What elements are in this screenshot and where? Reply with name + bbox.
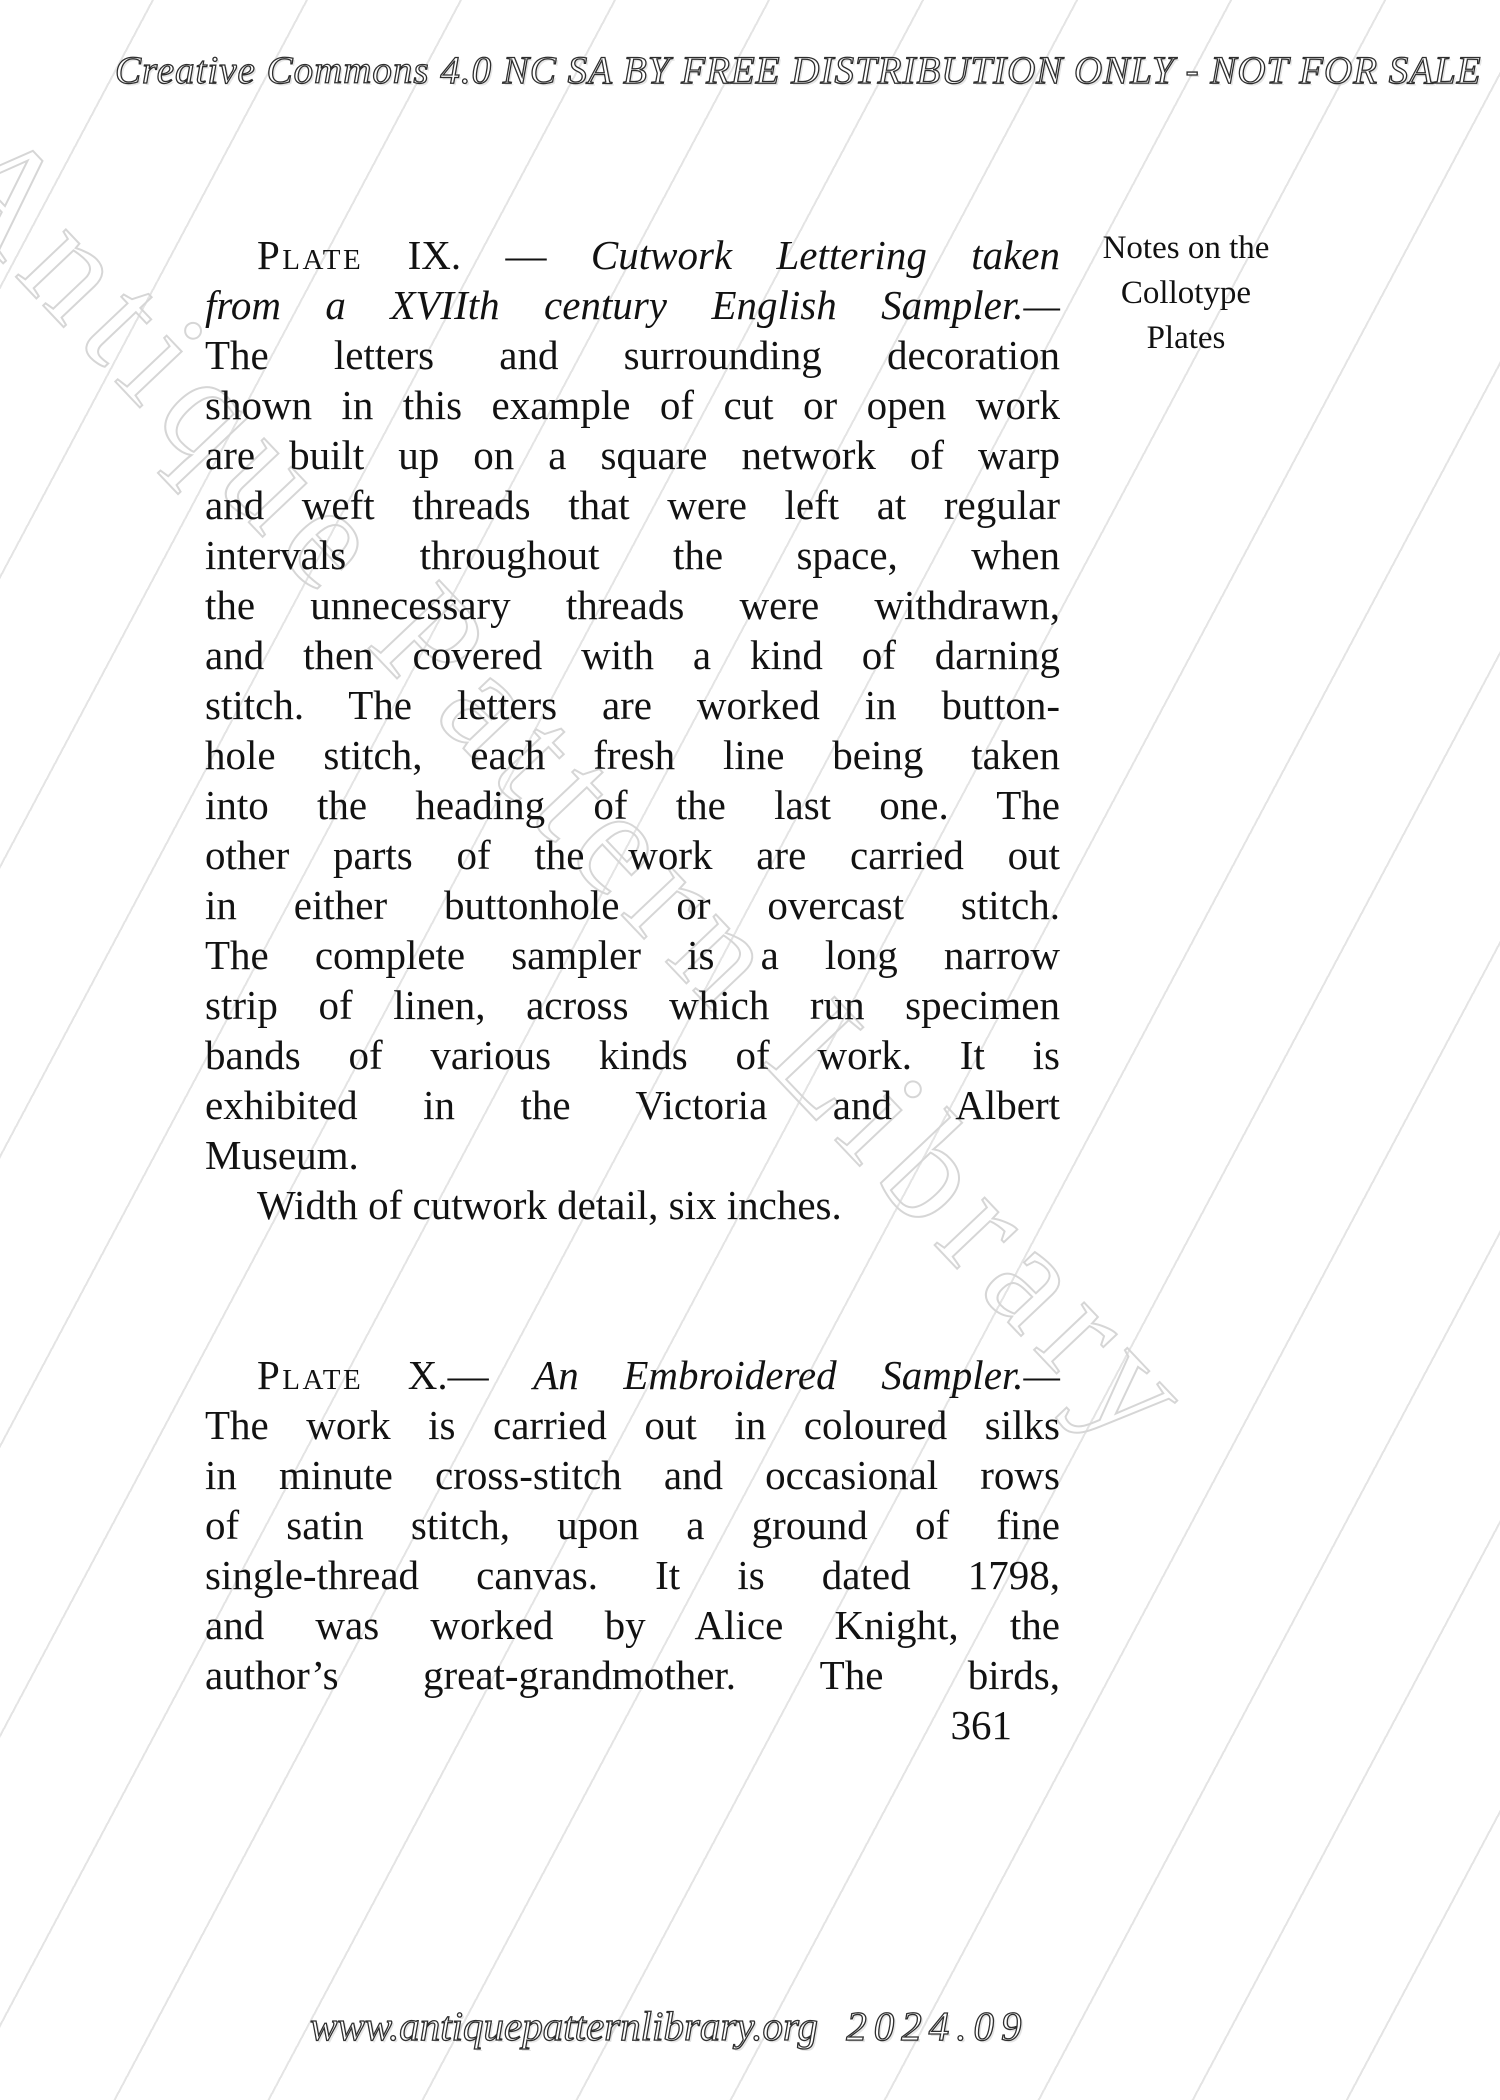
footer: www.antiquepatternlibrary.org 2024.09	[310, 2002, 1028, 2050]
body-line: the unnecessary threads were withdrawn,	[205, 580, 1060, 630]
body-line: The work is carried out in coloured silk…	[205, 1400, 1060, 1450]
body-line: Museum.	[205, 1130, 1060, 1180]
body-line: The complete sampler is a long narrow	[205, 930, 1060, 980]
body-line: strip of linen, across which run specime…	[205, 980, 1060, 1030]
body-line: and weft threads that were left at regul…	[205, 480, 1060, 530]
margin-note-line: Notes on the	[1080, 226, 1292, 271]
body-line: and was worked by Alice Knight, the	[205, 1600, 1060, 1650]
plate-ix-width-note: Width of cutwork detail, six inches.	[205, 1180, 1060, 1230]
body-line: and then covered with a kind of darning	[205, 630, 1060, 680]
body-line: shown in this example of cut or open wor…	[205, 380, 1060, 430]
body-line: other parts of the work are carried out	[205, 830, 1060, 880]
body-line: hole stitch, each fresh line being taken	[205, 730, 1060, 780]
plate-x-numeral: X.—	[408, 1352, 489, 1398]
body-line: bands of various kinds of work. It is	[205, 1030, 1060, 1080]
body-line: are built up on a square network of warp	[205, 430, 1060, 480]
plate-x-label: Plate	[257, 1352, 363, 1398]
body-line: into the heading of the last one. The	[205, 780, 1060, 830]
plate-ix-title: Cutwork Lettering taken	[591, 232, 1060, 278]
body-line: in either buttonhole or overcast stitch.	[205, 880, 1060, 930]
scanned-book-page: Antique Pattern Library Creative Commons…	[0, 0, 1500, 2100]
plate-ix-numeral: IX.	[408, 232, 462, 278]
margin-note: Notes on the Collotype Plates	[1080, 226, 1292, 361]
plate-ix-heading: Plate IX. — Cutwork Lettering taken	[205, 230, 1060, 280]
body-line: The letters and surrounding decoration	[205, 330, 1060, 380]
body-line: author’s great-grandmother. The birds,	[205, 1650, 1060, 1700]
plate-ix-dash: —	[505, 232, 546, 278]
plate-ix-label: Plate	[257, 232, 363, 278]
margin-note-line: Collotype	[1080, 271, 1292, 316]
page-number: 361	[205, 1700, 1060, 1750]
plate-x-heading: Plate X.— An Embroidered Sampler.—	[205, 1350, 1060, 1400]
footer-url: www.antiquepatternlibrary.org	[310, 2003, 818, 2049]
plate-ix-subtitle: from a XVIIth century English Sampler.—	[205, 280, 1060, 330]
body-line: of satin stitch, upon a ground of fine	[205, 1500, 1060, 1550]
body-line: single-thread canvas. It is dated 1798,	[205, 1550, 1060, 1600]
license-header: Creative Commons 4.0 NC SA BY FREE DISTR…	[115, 48, 1482, 93]
main-text-column: Plate IX. — Cutwork Lettering taken from…	[205, 230, 1060, 1750]
body-line: intervals throughout the space, when	[205, 530, 1060, 580]
section-gap	[205, 1230, 1060, 1350]
body-line: stitch. The letters are worked in button…	[205, 680, 1060, 730]
footer-edition: 2024.09	[846, 2003, 1028, 2049]
margin-note-line: Plates	[1080, 316, 1292, 361]
body-line: in minute cross-stitch and occasional ro…	[205, 1450, 1060, 1500]
body-line: exhibited in the Victoria and Albert	[205, 1080, 1060, 1130]
plate-x-title: An Embroidered Sampler.—	[533, 1352, 1060, 1398]
